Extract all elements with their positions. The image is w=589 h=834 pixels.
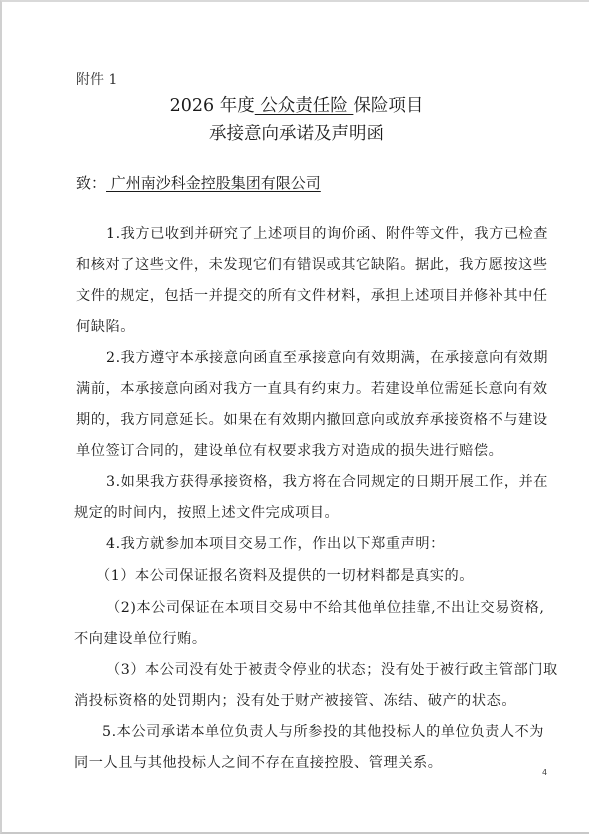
- paragraph-2-line-3: 期的，我方同意延长。如果在有效期内撤回意向或放弃承接资格不与建设: [76, 409, 548, 429]
- declaration-2-line-1: （2)本公司保证在本项目交易中不给其他单位挂靠,不出让交易资格,: [106, 597, 544, 617]
- document-page: 附件 1 2026 年度 公众责任险 保险项目 承接意向承诺及声明函 致： 广州…: [0, 0, 589, 834]
- paragraph-1-line-2: 和核对了这些文件，未发现它们有错误或其它缺陷。据此，我方愿按这些: [76, 254, 548, 274]
- title-suffix: 保险项目: [353, 96, 423, 116]
- declaration-1: （1）本公司保证报名资料及提供的一切材料都是真实的。: [96, 565, 474, 585]
- title-year: 2026 年度: [170, 96, 255, 116]
- paragraph-5-line-2: 同一人且与其他投标人之间不存在直接控股、管理关系。: [74, 752, 442, 772]
- paragraph-3-line-1: 3.如果我方获得承接资格，我方将在合同规定的日期开展工作，并在: [106, 471, 548, 491]
- paragraph-2-line-1: 2.我方遵守本承接意向函直至承接意向有效期满，在承接意向有效期: [106, 347, 548, 367]
- paragraph-4-line-1: 4.我方就参加本项目交易工作，作出以下郑重声明：: [106, 533, 445, 553]
- paragraph-5-line-1: 5.本公司承诺本单位负责人与所参投的其他投标人的单位负责人不为: [102, 721, 544, 741]
- paragraph-1-line-1: 1.我方已收到并研究了上述项目的询价函、附件等文件，我方已检查: [106, 223, 548, 243]
- paragraph-1-line-3: 文件的规定，包括一并提交的所有文件材料，承担上述项目并修补其中任: [76, 285, 548, 305]
- page-number: 4: [542, 768, 547, 777]
- declaration-2-line-2: 不向建设单位行贿。: [74, 628, 207, 648]
- paragraph-2-line-4: 单位签订合同的，建设单位有权要求我方对造成的损失进行赔偿。: [76, 440, 503, 460]
- addressee-name: 广州南沙科金控股集团有限公司: [106, 174, 321, 192]
- addressee: 致： 广州南沙科金控股集团有限公司: [76, 172, 321, 193]
- paragraph-1-line-4: 何缺陷。: [76, 316, 135, 336]
- document-title-line1: 2026 年度 公众责任险 保险项目: [2, 92, 589, 117]
- document-title-line2: 承接意向承诺及声明函: [2, 120, 589, 145]
- declaration-3-line-2: 消投标资格的处罚期内；没有处于财产被接管、冻结、破产的状态。: [74, 690, 516, 710]
- paragraph-2-line-2: 满前，本承接意向函对我方一直具有约束力。若建设单位需延长意向有效: [76, 378, 548, 398]
- addressee-prefix: 致：: [76, 174, 106, 192]
- attachment-label: 附件 1: [76, 69, 117, 89]
- declaration-3-line-1: （3）本公司没有处于被责令停业的状态；没有处于被行政主管部门取: [106, 659, 558, 679]
- title-insurance-type: 公众责任险: [255, 96, 354, 116]
- paragraph-3-line-2: 规定的时间内，按照上述文件完成项目。: [74, 502, 339, 522]
